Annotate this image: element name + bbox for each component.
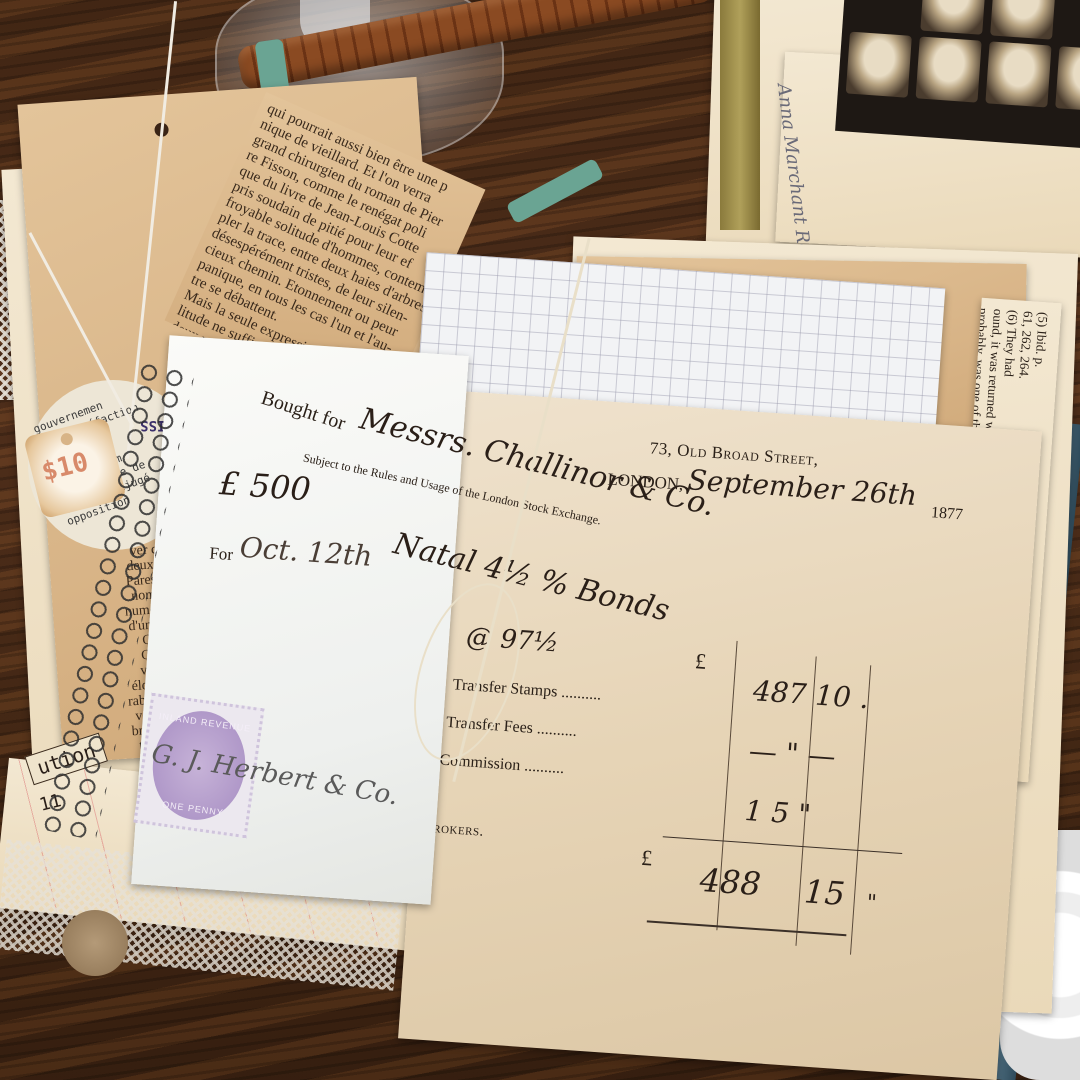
- line-item-value: 1 5 ": [744, 794, 812, 832]
- settlement-date-handwritten: Oct. 12th: [239, 531, 374, 573]
- portrait-photo: [1055, 46, 1080, 112]
- total-pounds: 488: [699, 861, 763, 903]
- price-tag-text: $10: [39, 447, 92, 487]
- line-item-value: 487 10 .: [752, 674, 870, 715]
- portrait-photo: [985, 41, 1051, 107]
- tag-hole: [59, 432, 74, 447]
- ledger-total-rule: [663, 836, 902, 854]
- vintage-school-photos: [835, 0, 1080, 149]
- date-handwritten: September 26th: [687, 463, 918, 512]
- bought-for-heading: Bought for: [258, 387, 348, 436]
- line-item-value: — " —: [748, 734, 837, 773]
- velvet-ribbon: [720, 0, 760, 230]
- total-currency-symbol: £: [640, 845, 653, 872]
- total-pence: ": [866, 891, 878, 917]
- portrait-photo: [846, 32, 912, 98]
- currency-symbol: £: [694, 648, 707, 675]
- total-shillings: 15: [803, 872, 846, 913]
- portrait-photo: [990, 0, 1056, 40]
- ledger-double-rule: [647, 920, 847, 936]
- wooden-button: [62, 910, 128, 976]
- settlement-label: For: [209, 544, 234, 566]
- amount-handwritten: £ 500: [218, 464, 312, 508]
- portrait-photo: [916, 36, 982, 102]
- year-label: 1877: [930, 504, 963, 524]
- portrait-photo: [920, 0, 986, 35]
